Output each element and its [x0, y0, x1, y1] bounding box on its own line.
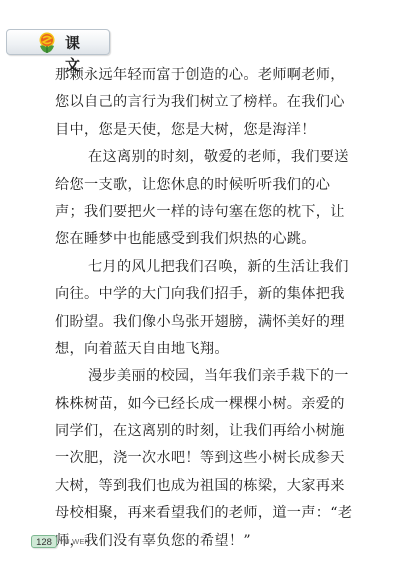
text-line: 给您一支歌，让您休息的时候听听我们的心	[55, 172, 347, 199]
text-line: 们盼望。我们像小鸟张开翅膀，满怀美好的理	[55, 309, 347, 336]
sun-flower-logo-icon	[37, 32, 57, 54]
footer-label: YU WEN	[59, 537, 90, 546]
page-number-badge: 128	[31, 535, 57, 548]
text-line: 株株树苗，如今已经长成一棵棵小树。亲爱的	[55, 391, 347, 418]
text-line: 声；我们要把火一样的诗句塞在您的枕下，让	[55, 199, 347, 226]
text-line: 您以自己的言行为我们树立了榜样。在我们心	[55, 89, 347, 116]
text-line: 同学们，在这离别的时刻，让我们再给小树施	[55, 418, 347, 445]
text-line: 向往。中学的大门向我们招手，新的集体把我	[55, 281, 347, 308]
text-line: 在这离别的时刻，敬爱的老师，我们要送	[55, 144, 347, 171]
text-line: 一次肥，浇一次水吧！等到这些小树长成参天	[55, 445, 347, 472]
text-line: 您在睡梦中也能感受到我们炽热的心跳。	[55, 226, 347, 253]
text-line: 漫步美丽的校园，当年我们亲手栽下的一	[55, 363, 347, 390]
section-header: 课 文	[6, 29, 110, 55]
text-line: 师，我们没有辜负您的希望！”	[55, 528, 347, 555]
text-line: 那颗永远年轻而富于创造的心。老师啊老师，	[55, 62, 347, 89]
text-line: 七月的风儿把我们召唤，新的生活让我们	[55, 254, 347, 281]
text-line: 母校相聚，再来看望我们的老师，道一声：“老	[55, 500, 347, 527]
text-line: 想，向着蓝天自由地飞翔。	[55, 336, 347, 363]
text-line: 目中，您是天使，您是大树，您是海洋！	[55, 117, 347, 144]
text-line: 大树，等到我们也成为祖国的栋梁，大家再来	[55, 473, 347, 500]
article-body: 那颗永远年轻而富于创造的心。老师啊老师， 您以自己的言行为我们树立了榜样。在我们…	[55, 62, 347, 555]
